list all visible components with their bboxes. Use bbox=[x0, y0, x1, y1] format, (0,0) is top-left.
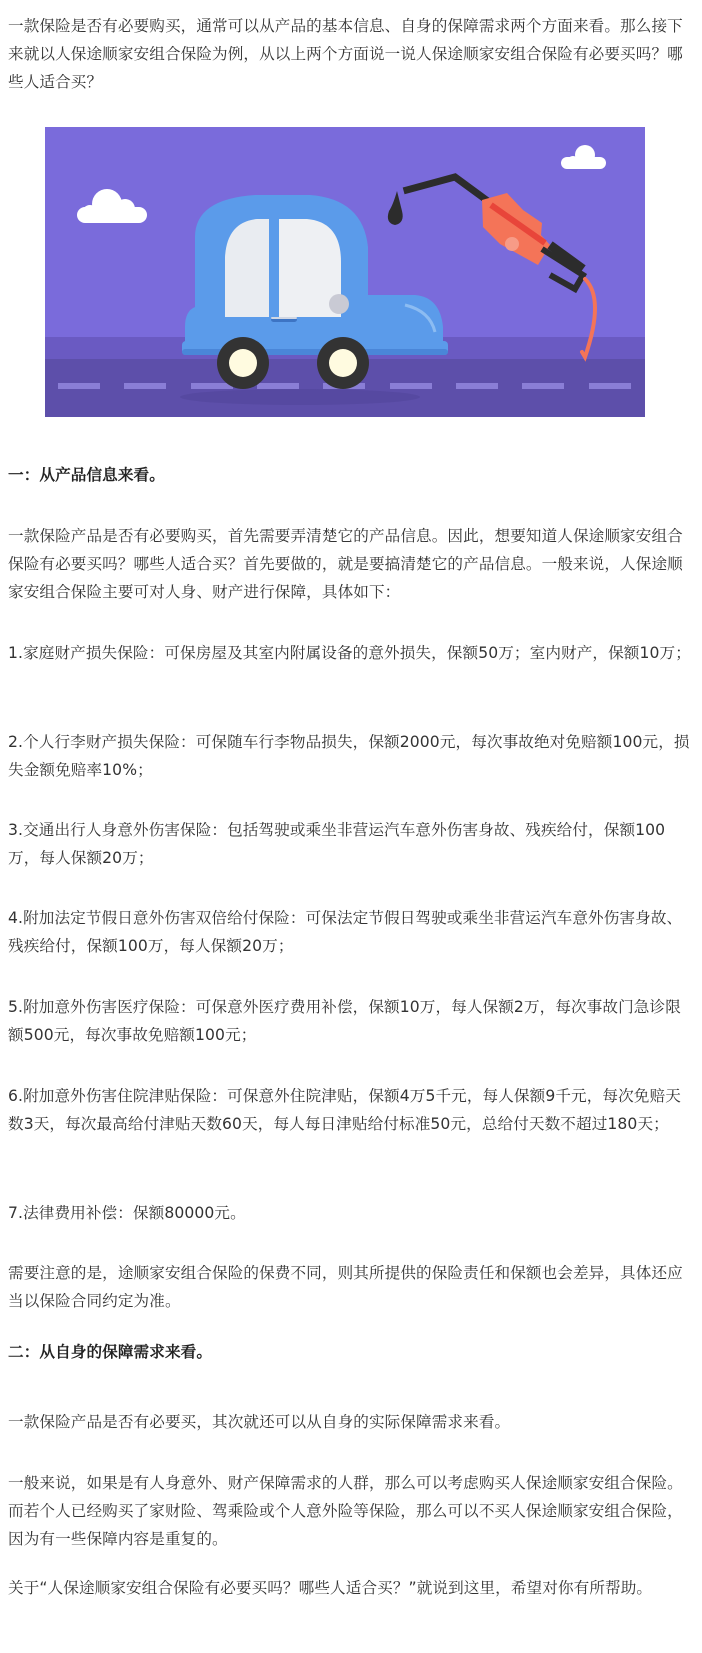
list-item-7: 7.法律费用补偿：保额80000元。 bbox=[8, 1199, 694, 1227]
section1-note: 需要注意的是，途顺家安组合保险的保费不同，则其所提供的保险责任和保额也会差异，具… bbox=[8, 1259, 694, 1315]
hero-image bbox=[45, 127, 645, 417]
section1-heading: 一：从产品信息来看。 bbox=[8, 461, 694, 489]
list-item-3: 3.交通出行人身意外伤害保险：包括驾驶或乘坐非营运汽车意外伤害身故、残疾给付，保… bbox=[8, 816, 694, 872]
list-item-6: 6.附加意外伤害住院津贴保险：可保意外住院津贴，保额4万5千元，每人保额9千元，… bbox=[8, 1082, 694, 1138]
list-item-5: 5.附加意外伤害医疗保险：可保意外医疗费用补偿，保额10万，每人保额2万，每次事… bbox=[8, 993, 694, 1049]
list-item-4: 4.附加法定节假日意外伤害双倍给付保险：可保法定节假日驾驶或乘坐非营运汽车意外伤… bbox=[8, 904, 694, 960]
section2-heading: 二：从自身的保障需求来看。 bbox=[8, 1338, 694, 1366]
intro-paragraph: 一款保险是否有必要购买，通常可以从产品的基本信息、自身的保障需求两个方面来看。那… bbox=[8, 12, 694, 96]
closing-paragraph: 关于“人保途顺家安组合保险有必要买吗？哪些人适合买？”就说到这里，希望对你有所帮… bbox=[8, 1574, 694, 1602]
section1-paragraph: 一款保险产品是否有必要购买，首先需要弄清楚它的产品信息。因此，想要知道人保途顺家… bbox=[8, 522, 694, 606]
section2-paragraph-1: 一款保险产品是否有必要买，其次就还可以从自身的实际保障需求来看。 bbox=[8, 1408, 694, 1436]
list-item-1: 1.家庭财产损失保险：可保房屋及其室内附属设备的意外损失，保额50万；室内财产，… bbox=[8, 639, 694, 667]
section2-paragraph-2: 一般来说，如果是有人身意外、财产保障需求的人群，那么可以考虑购买人保途顺家安组合… bbox=[8, 1469, 694, 1553]
car-fuel-nozzle-illustration-icon bbox=[45, 127, 645, 417]
list-item-2: 2.个人行李财产损失保险：可保随车行李物品损失，保额2000元，每次事故绝对免赔… bbox=[8, 728, 694, 784]
